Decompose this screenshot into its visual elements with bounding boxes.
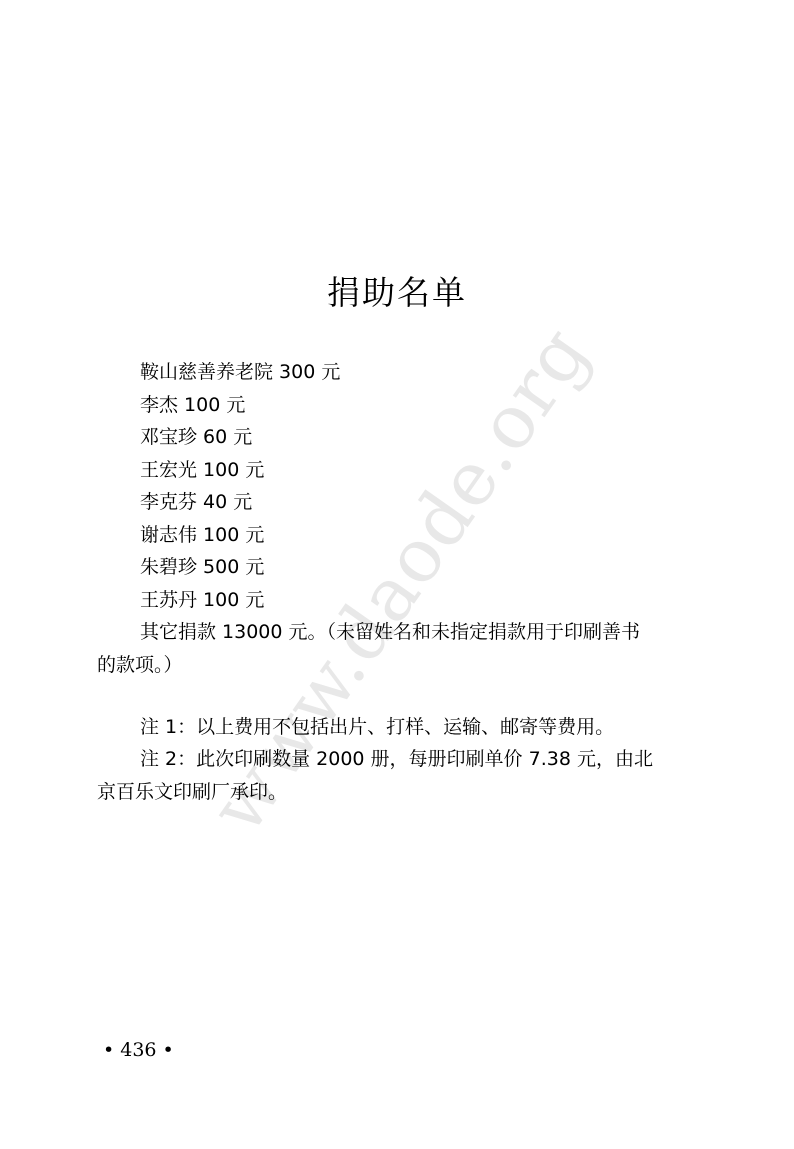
note-2: 注 2：此次印刷数量 2000 册，每册印刷单价 7.38 元，由北 京百乐文印… (97, 743, 697, 808)
note-2-line-2: 京百乐文印刷厂承印。 (97, 776, 697, 809)
donor-entry: 朱碧珍 500 元 (140, 551, 340, 584)
donor-entry: 王宏光 100 元 (140, 454, 340, 487)
note-2-text: 注 2：此次印刷数量 2000 册，每册印刷单价 7.38 元，由北 (140, 748, 653, 770)
donor-entry: 邓宝珍 60 元 (140, 421, 340, 454)
document-page: www.daode.org 捐助名单 鞍山慈善养老院 300 元 李杰 100 … (0, 0, 794, 1149)
note-1-text: 注 1：以上费用不包括出片、打样、运输、邮寄等费用。 (140, 716, 614, 738)
other-donations-line-1: 其它捐款 13000 元。（未留姓名和未指定捐款用于印刷善书 (97, 616, 697, 649)
other-donations-paragraph: 其它捐款 13000 元。（未留姓名和未指定捐款用于印刷善书 的款项。） (97, 616, 697, 681)
donor-entry: 王苏丹 100 元 (140, 584, 340, 617)
note-2-line-1: 注 2：此次印刷数量 2000 册，每册印刷单价 7.38 元，由北 (97, 743, 697, 776)
donor-list: 鞍山慈善养老院 300 元 李杰 100 元 邓宝珍 60 元 王宏光 100 … (140, 356, 340, 616)
other-donations-text: 其它捐款 13000 元。（未留姓名和未指定捐款用于印刷善书 (140, 621, 640, 643)
note-1: 注 1：以上费用不包括出片、打样、运输、邮寄等费用。 (97, 711, 697, 744)
page-title: 捐助名单 (0, 267, 794, 314)
donor-entry: 李杰 100 元 (140, 389, 340, 422)
donor-entry: 李克芬 40 元 (140, 486, 340, 519)
donor-entry: 鞍山慈善养老院 300 元 (140, 356, 340, 389)
other-donations-line-2: 的款项。） (97, 649, 697, 682)
donor-entry: 谢志伟 100 元 (140, 519, 340, 552)
page-number: • 436 • (103, 1039, 174, 1061)
